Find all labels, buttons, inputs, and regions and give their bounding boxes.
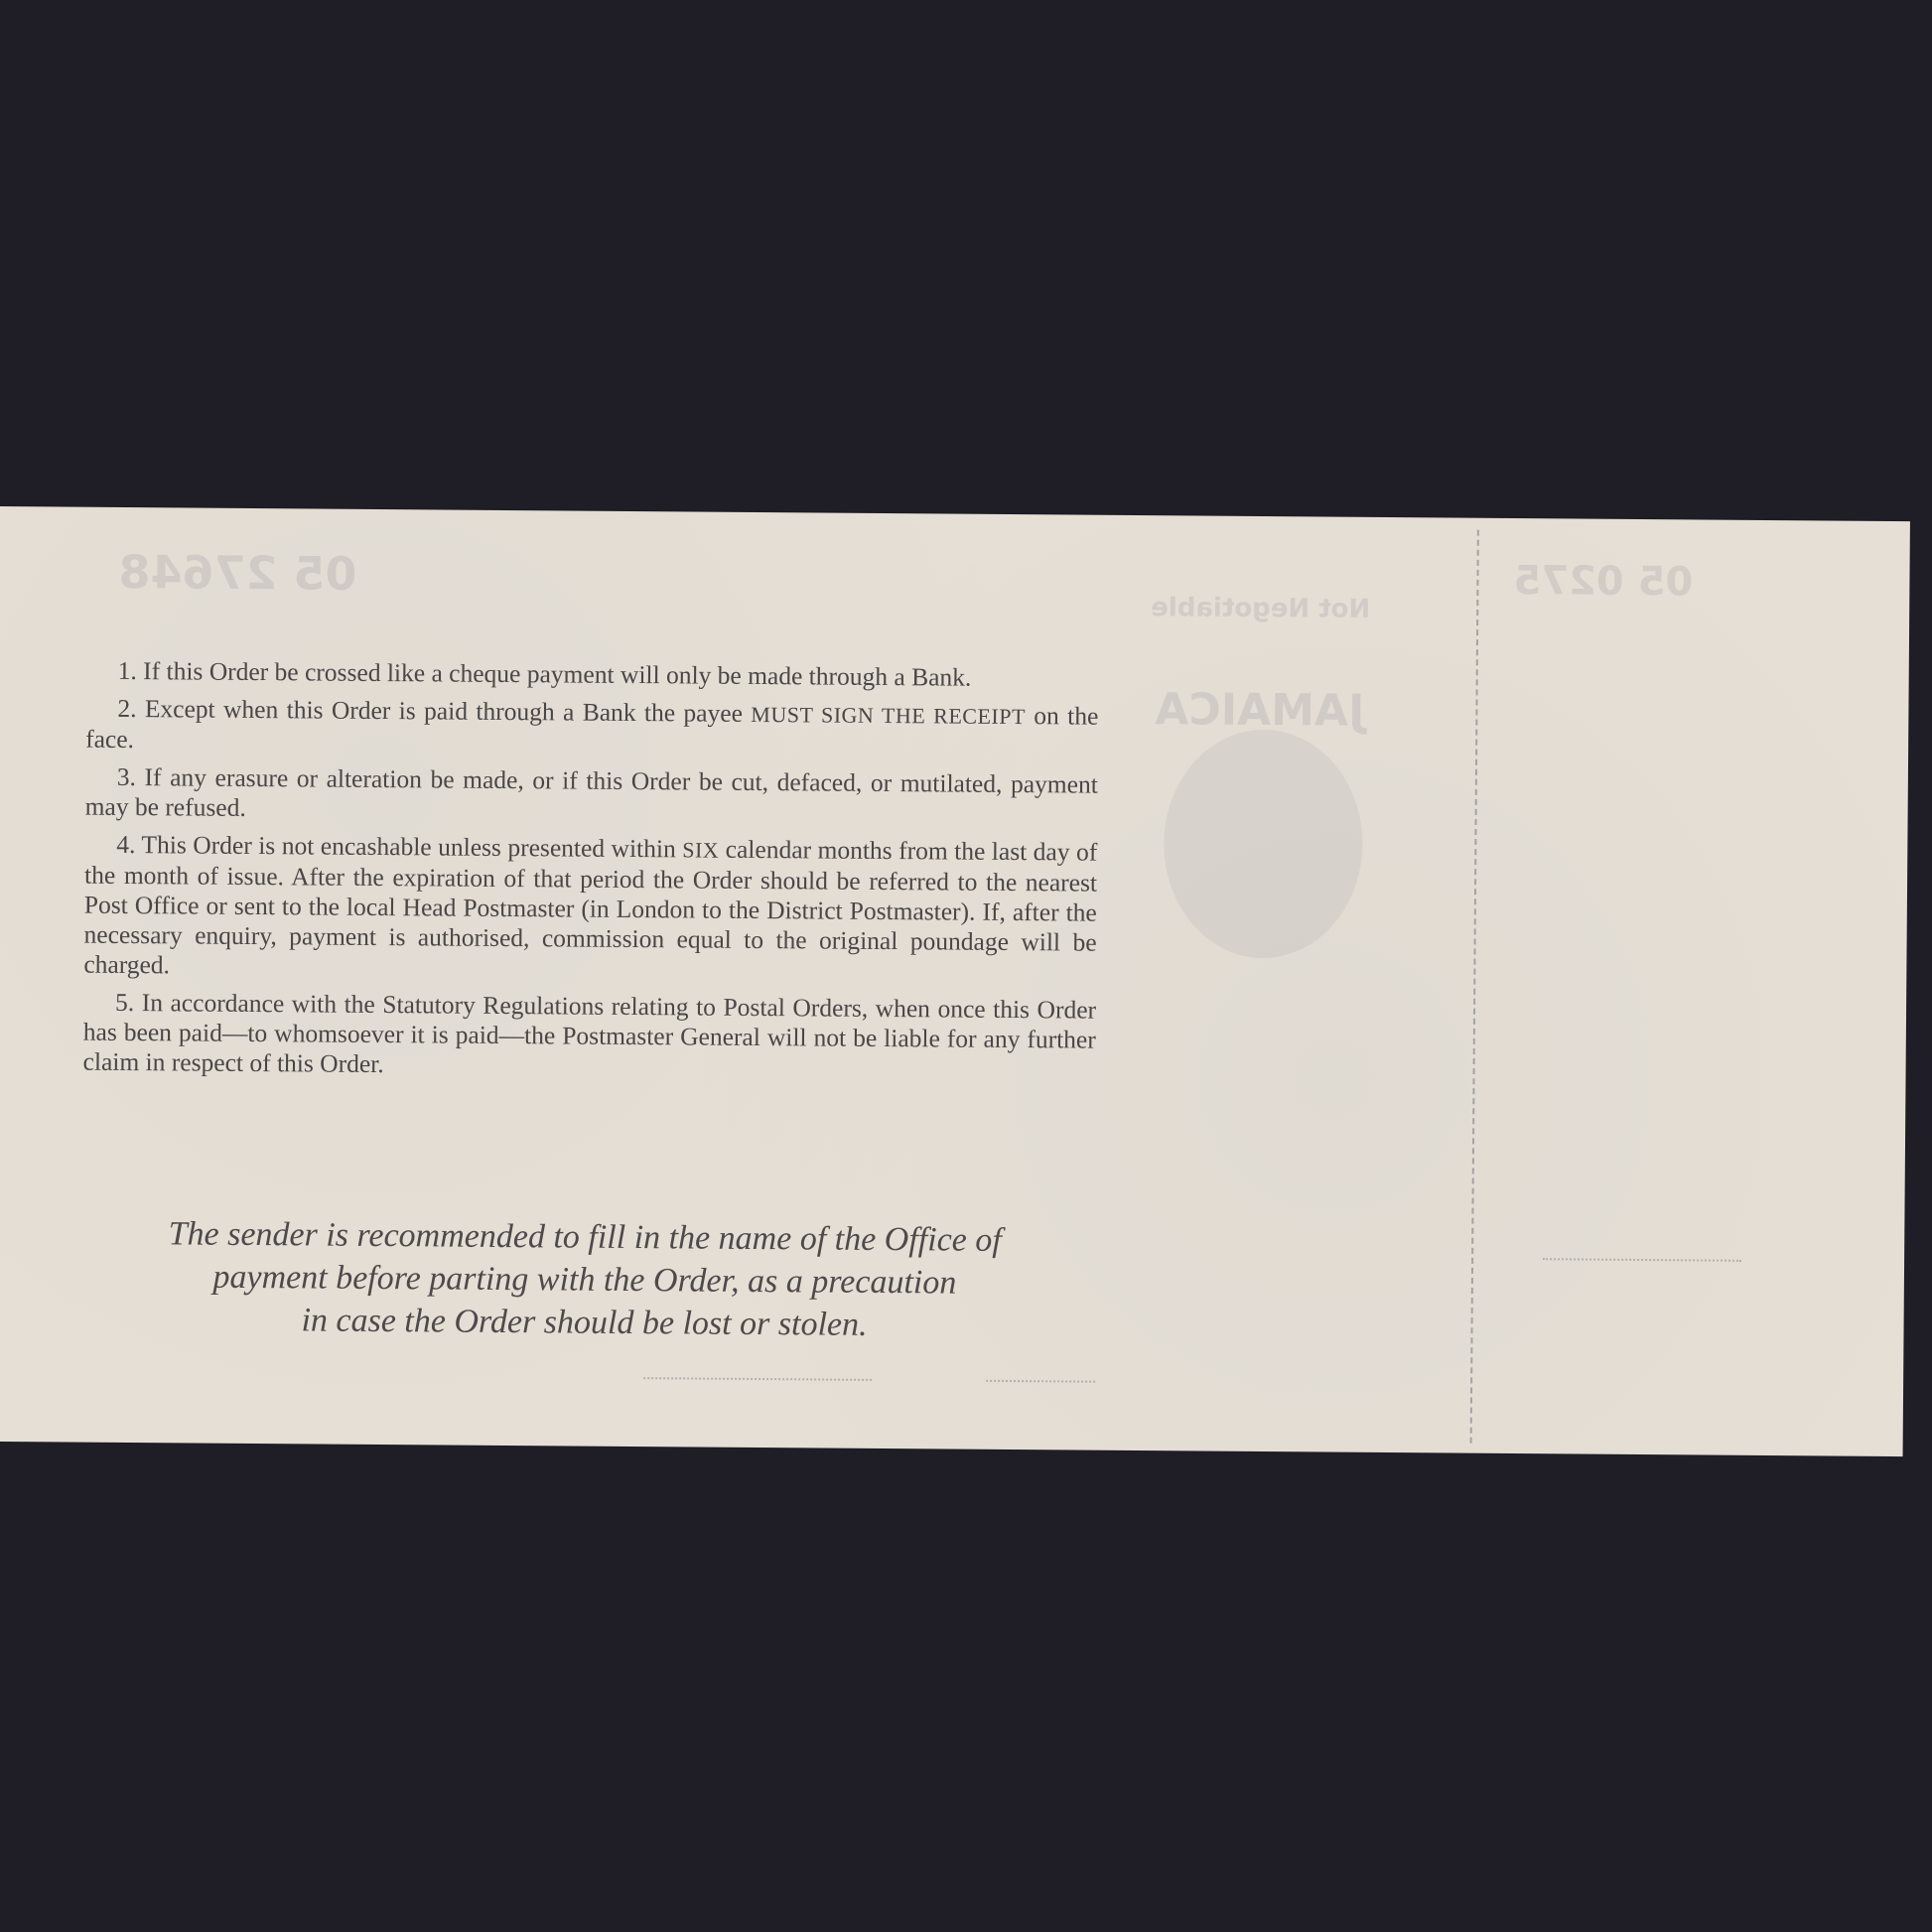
condition-3: 3. If any erasure or alteration be made,… xyxy=(85,762,1098,830)
condition-2: 2. Except when this Order is paid throug… xyxy=(85,694,1098,762)
show-through-country: JAMAICA xyxy=(1155,684,1364,737)
show-through-serial-right: 05 0275 xyxy=(1513,558,1693,605)
dotted-rule xyxy=(986,1380,1095,1383)
note-line-3: in case the Order should be lost or stol… xyxy=(72,1298,1095,1348)
emphasis-must-sign: MUST SIGN THE RECEIPT xyxy=(751,702,1026,729)
dotted-rule xyxy=(1543,1258,1741,1262)
emphasis-six: SIX xyxy=(682,837,719,862)
postal-order-reverse: 05 27648 Not Negotiable JAMAICA 05 0275 … xyxy=(0,506,1910,1456)
note-line-2: payment before parting with the Order, a… xyxy=(73,1255,1096,1306)
show-through-serial-left: 05 27648 xyxy=(118,545,356,601)
condition-1: 1. If this Order be crossed like a chequ… xyxy=(86,656,1099,694)
show-through-portrait xyxy=(1163,729,1363,959)
condition-4: 4. This Order is not encashable unless p… xyxy=(83,830,1097,988)
show-through-not-negotiable: Not Negotiable xyxy=(1151,593,1370,624)
sender-recommendation-note: The sender is recommended to fill in the… xyxy=(72,1212,1096,1348)
conditions-list: 1. If this Order be crossed like a chequ… xyxy=(82,656,1098,1093)
dotted-rule xyxy=(643,1377,872,1381)
perforation-line xyxy=(1470,530,1479,1444)
condition-5: 5. In accordance with the Statutory Regu… xyxy=(82,988,1096,1085)
